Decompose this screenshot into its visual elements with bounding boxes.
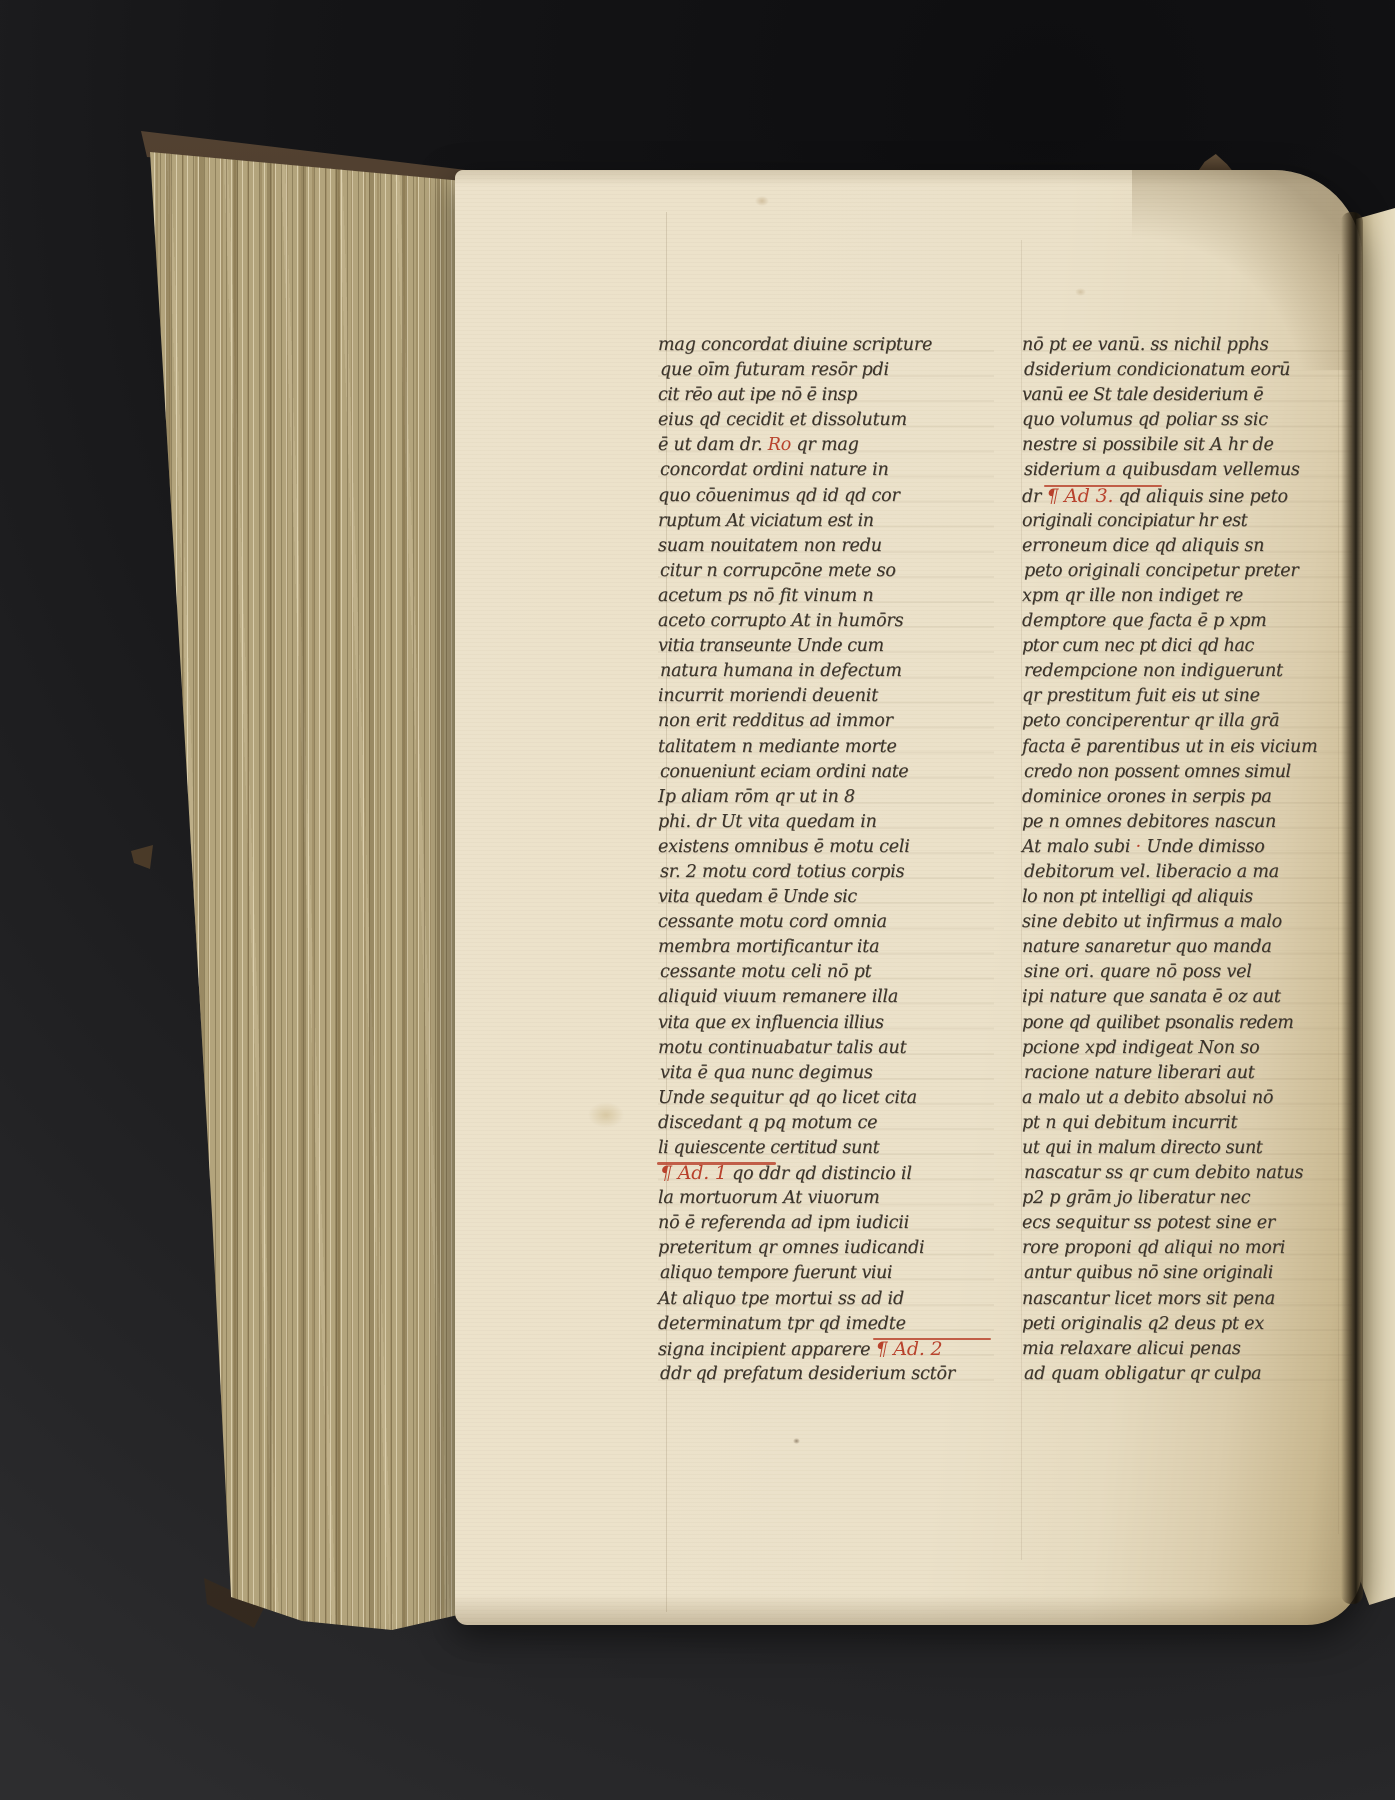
text-segment: vitia transeunte Unde cum	[658, 636, 884, 656]
text-segment: conueniunt eciam ordini nate	[660, 762, 908, 782]
text-segment: talitatem n mediante morte	[658, 737, 897, 757]
text-segment: nō pt ee vanū. ss nichil pphs	[1022, 335, 1269, 355]
manuscript-line: eius qd cecidit et dissolutum	[658, 408, 994, 433]
manuscript-line: ipi nature que sanata ē oz aut	[1022, 985, 1352, 1010]
text-segment: peto conciperentur qr illa grā	[1022, 711, 1279, 731]
text-column-right: nō pt ee vanū. ss nichil pphsdsiderium c…	[1022, 333, 1352, 1387]
text-segment: redempcione non indiguerunt	[1024, 661, 1283, 681]
manuscript-line: ¶ Ad. 1 qo ddr qd distincio il	[658, 1161, 994, 1186]
manuscript-line: mag concordat diuine scripture	[658, 333, 994, 358]
manuscript-line: li quiescente certitud sunt	[658, 1136, 994, 1161]
text-segment: motu continuabatur talis aut	[658, 1038, 906, 1058]
text-segment: determinatum tpr qd imedte	[658, 1314, 906, 1334]
manuscript-line: erroneum dice qd aliquis sn	[1022, 534, 1352, 559]
manuscript-line: discedant q pq motum ce	[658, 1111, 994, 1136]
manuscript-line: siderium a quibusdam vellemus	[1022, 458, 1352, 483]
text-segment: facta ē parentibus ut in eis vicium	[1022, 737, 1317, 757]
manuscript-line: peto originali concipetur preter	[1022, 559, 1352, 584]
manuscript-line: nascantur licet mors sit pena	[1022, 1287, 1352, 1312]
manuscript-line: talitatem n mediante morte	[658, 735, 994, 760]
text-column-left: mag concordat diuine scriptureque oīm fu…	[658, 333, 994, 1387]
text-segment: erroneum dice qd aliquis sn	[1022, 536, 1264, 556]
text-segment: qo ddr qd distincio il	[727, 1164, 912, 1184]
text-segment: demptore que facta ē p xpm	[1022, 611, 1267, 631]
manuscript-line: cit rēo aut ipe nō ē insp	[658, 383, 994, 408]
text-segment: ecs sequitur ss potest sine er	[1022, 1213, 1275, 1233]
manuscript-line: redempcione non indiguerunt	[1022, 659, 1352, 684]
text-segment: concordat ordini nature in	[660, 460, 889, 480]
text-segment: natura humana in defectum	[660, 661, 902, 681]
text-segment: suam nouitatem non redu	[658, 536, 882, 556]
manuscript-line: existens omnibus ē motu celi	[658, 835, 994, 860]
manuscript-line: xpm qr ille non indiget re	[1022, 584, 1352, 609]
manuscript-line: At aliquo tpe mortui ss ad id	[658, 1287, 994, 1312]
text-segment: quo cōuenimus qd id qd cor	[658, 486, 900, 506]
text-segment: At malo subi	[1022, 837, 1136, 857]
manuscript-line: pcione xpd indigeat Non so	[1022, 1036, 1352, 1061]
manuscript-line: aceto corrupto At in humōrs	[658, 609, 994, 634]
text-segment: signa incipient apparere	[658, 1340, 876, 1360]
text-segment: dominice orones in serpis pa	[1022, 787, 1272, 807]
manuscript-line: nature sanaretur quo manda	[1022, 935, 1352, 960]
manuscript-line: racione nature liberari aut	[1022, 1061, 1352, 1086]
page-stain	[755, 196, 769, 206]
text-segment: a malo ut a debito absolui nō	[1022, 1088, 1273, 1108]
manuscript-line: p2 p grām jo liberatur nec	[1022, 1186, 1352, 1211]
manuscript-line: incurrit moriendi deuenit	[658, 684, 994, 709]
manuscript-line: quo volumus qd poliar ss sic	[1022, 408, 1352, 433]
text-segment: siderium a quibusdam vellemus	[1024, 460, 1300, 480]
manuscript-line: lo non pt intelligi qd aliquis	[1022, 885, 1352, 910]
text-segment: racione nature liberari aut	[1024, 1063, 1255, 1083]
text-segment: rore proponi qd aliqui no mori	[1022, 1238, 1285, 1258]
manuscript-line: conueniunt eciam ordini nate	[658, 760, 994, 785]
text-segment: qr prestitum fuit eis ut sine	[1022, 686, 1260, 706]
manuscript-line: ad quam obligatur qr culpa	[1022, 1362, 1352, 1387]
manuscript-line: At malo subi · Unde dimisso	[1022, 835, 1352, 860]
manuscript-line: dr ¶ Ad 3. qd aliquis sine peto	[1022, 484, 1352, 509]
manuscript-line: sr. 2 motu cord totius corpis	[658, 860, 994, 885]
text-segment: pone qd quilibet psonalis redem	[1022, 1013, 1293, 1033]
manuscript-line: motu continuabatur talis aut	[658, 1036, 994, 1061]
text-segment: ipi nature que sanata ē oz aut	[1022, 987, 1281, 1007]
text-segment: peti originalis q2 deus pt ex	[1022, 1314, 1264, 1334]
manuscript-line: que oīm futuram resōr pdi	[658, 358, 994, 383]
manuscript-line: aliquo tempore fuerunt viui	[658, 1261, 994, 1286]
text-segment: pe n omnes debitores nascun	[1022, 812, 1276, 832]
text-segment: lo non pt intelligi qd aliquis	[1022, 887, 1253, 907]
manuscript-line: quo cōuenimus qd id qd cor	[658, 484, 994, 509]
manuscript-line: non erit redditus ad immor	[658, 709, 994, 734]
text-segment: mag concordat diuine scripture	[658, 335, 932, 355]
manuscript-line: Ip aliam rōm qr ut in 8	[658, 785, 994, 810]
text-segment: aliquid viuum remanere illa	[658, 987, 898, 1007]
text-segment: pt n qui debitum incurrit	[1022, 1113, 1237, 1133]
text-segment: credo non possent omnes simul	[1024, 762, 1291, 782]
manuscript-line: acetum ps nō fit vinum n	[658, 584, 994, 609]
manuscript-line: la mortuorum At viuorum	[658, 1186, 994, 1211]
text-segment: originali concipiatur hr est	[1022, 511, 1247, 531]
manuscript-line: rore proponi qd aliqui no mori	[1022, 1236, 1352, 1261]
manuscript-line: aliquid viuum remanere illa	[658, 985, 994, 1010]
manuscript-line: pe n omnes debitores nascun	[1022, 810, 1352, 835]
text-segment: nature sanaretur quo manda	[1022, 937, 1272, 957]
text-segment: citur n corrupcōne mete so	[660, 561, 896, 581]
text-segment: discedant q pq motum ce	[658, 1113, 877, 1133]
manuscript-line: ddr qd prefatum desiderium sctōr	[658, 1362, 994, 1387]
manuscript-line: facta ē parentibus ut in eis vicium	[1022, 735, 1352, 760]
manuscript-line: Unde sequitur qd qo licet cita	[658, 1086, 994, 1111]
rubric-mark: ¶ Ad 3.	[1047, 484, 1114, 509]
manuscript-line: sine debito ut infirmus a malo	[1022, 910, 1352, 935]
manuscript-line: mia relaxare alicui penas	[1022, 1337, 1352, 1362]
red-ink-mark: Ro	[768, 435, 791, 455]
manuscript-line: vita quedam ē Unde sic	[658, 885, 994, 910]
spine-gutter-shadow	[1341, 212, 1363, 1604]
text-segment: nō ē referenda ad ipm iudicii	[658, 1213, 909, 1233]
text-segment: vanū ee St tale desiderium ē	[1022, 385, 1263, 405]
manuscript-line: credo non possent omnes simul	[1022, 760, 1352, 785]
manuscript-line: ut qui in malum directo sunt	[1022, 1136, 1352, 1161]
manuscript-line: peti originalis q2 deus pt ex	[1022, 1312, 1352, 1337]
page-stain	[1075, 288, 1086, 296]
text-segment: Unde sequitur qd qo licet cita	[658, 1088, 917, 1108]
manuscript-line: nō ē referenda ad ipm iudicii	[658, 1211, 994, 1236]
manuscript-line: ē ut dam dr. Ro qr mag	[658, 433, 994, 458]
text-segment: quo volumus qd poliar ss sic	[1022, 410, 1268, 430]
text-segment: aceto corrupto At in humōrs	[658, 611, 903, 631]
manuscript-line: dominice orones in serpis pa	[1022, 785, 1352, 810]
text-segment: ruptum At viciatum est in	[658, 511, 874, 531]
manuscript-line: a malo ut a debito absolui nō	[1022, 1086, 1352, 1111]
text-segment: ut qui in malum directo sunt	[1022, 1138, 1262, 1158]
manuscript-line: concordat ordini nature in	[658, 458, 994, 483]
manuscript-line: suam nouitatem non redu	[658, 534, 994, 559]
manuscript-line: determinatum tpr qd imedte	[658, 1312, 994, 1337]
manuscript-line: cessante motu celi nō pt	[658, 960, 994, 985]
text-segment: vita ē qua nunc degimus	[660, 1063, 873, 1083]
text-segment: qr mag	[791, 435, 859, 455]
text-segment: nascatur ss qr cum debito natus	[1024, 1163, 1303, 1183]
text-segment: aliquo tempore fuerunt viui	[660, 1263, 892, 1283]
text-segment: At aliquo tpe mortui ss ad id	[658, 1289, 904, 1309]
text-segment: ad quam obligatur qr culpa	[1024, 1364, 1261, 1384]
text-segment: ē ut dam dr.	[658, 435, 768, 455]
text-segment: dr	[1022, 487, 1047, 507]
text-segment: cit rēo aut ipe nō ē insp	[658, 385, 857, 405]
manuscript-line: membra mortificantur ita	[658, 935, 994, 960]
manuscript-line: qr prestitum fuit eis ut sine	[1022, 684, 1352, 709]
manuscript-line: vita ē qua nunc degimus	[658, 1061, 994, 1086]
manuscript-photograph: mag concordat diuine scriptureque oīm fu…	[0, 0, 1395, 1800]
text-segment: qd aliquis sine peto	[1113, 487, 1287, 507]
text-segment: vita que ex influencia illius	[658, 1013, 884, 1033]
text-segment: nascantur licet mors sit pena	[1022, 1289, 1275, 1309]
manuscript-line: phi. dr Ut vita quedam in	[658, 810, 994, 835]
text-segment: Unde dimisso	[1141, 837, 1265, 857]
manuscript-line: cessante motu cord omnia	[658, 910, 994, 935]
manuscript-line: citur n corrupcōne mete so	[658, 559, 994, 584]
manuscript-line: originali concipiatur hr est	[1022, 509, 1352, 534]
text-segment: sine ori. quare nō poss vel	[1024, 962, 1252, 982]
text-segment: cessante motu cord omnia	[658, 912, 887, 932]
text-segment: debitorum vel. liberacio a ma	[1024, 862, 1279, 882]
text-segment: non erit redditus ad immor	[658, 711, 893, 731]
text-segment: xpm qr ille non indiget re	[1022, 586, 1243, 606]
text-segment: ptor cum nec pt dici qd hac	[1022, 636, 1254, 656]
text-segment: ddr qd prefatum desiderium sctōr	[660, 1364, 955, 1384]
text-segment: que oīm futuram resōr pdi	[660, 360, 889, 380]
manuscript-line: vanū ee St tale desiderium ē	[1022, 383, 1352, 408]
rubric-mark: ¶ Ad. 2	[876, 1337, 943, 1362]
manuscript-line: demptore que facta ē p xpm	[1022, 609, 1352, 634]
text-segment: la mortuorum At viuorum	[658, 1188, 880, 1208]
text-segment: Ip aliam rōm qr ut in 8	[658, 787, 855, 807]
text-segment: peto originali concipetur preter	[1024, 561, 1299, 581]
manuscript-line: nascatur ss qr cum debito natus	[1022, 1161, 1352, 1186]
text-segment: vita quedam ē Unde sic	[658, 887, 857, 907]
text-segment: cessante motu celi nō pt	[660, 962, 872, 982]
text-segment: incurrit moriendi deuenit	[658, 686, 878, 706]
page-stain	[588, 1102, 624, 1128]
manuscript-page: mag concordat diuine scriptureque oīm fu…	[455, 170, 1362, 1625]
rubric-mark: ¶ Ad. 1	[660, 1161, 727, 1186]
text-segment: pcione xpd indigeat Non so	[1022, 1038, 1259, 1058]
manuscript-line: peto conciperentur qr illa grā	[1022, 709, 1352, 734]
text-segment: preteritum qr omnes iudicandi	[658, 1238, 924, 1258]
manuscript-line: natura humana in defectum	[658, 659, 994, 684]
manuscript-line: vita que ex influencia illius	[658, 1011, 994, 1036]
manuscript-line: preteritum qr omnes iudicandi	[658, 1236, 994, 1261]
manuscript-line: debitorum vel. liberacio a ma	[1022, 860, 1352, 885]
manuscript-line: vitia transeunte Unde cum	[658, 634, 994, 659]
manuscript-line: pone qd quilibet psonalis redem	[1022, 1011, 1352, 1036]
manuscript-line: nestre si possibile sit A hr de	[1022, 433, 1352, 458]
page-stain	[793, 1438, 800, 1444]
manuscript-line: ruptum At viciatum est in	[658, 509, 994, 534]
text-segment: eius qd cecidit et dissolutum	[658, 410, 907, 430]
text-segment: mia relaxare alicui penas	[1022, 1339, 1241, 1359]
manuscript-line: pt n qui debitum incurrit	[1022, 1111, 1352, 1136]
text-segment: sine debito ut infirmus a malo	[1022, 912, 1282, 932]
manuscript-line: ecs sequitur ss potest sine er	[1022, 1211, 1352, 1236]
text-segment: antur quibus nō sine originali	[1024, 1263, 1273, 1283]
manuscript-line: nō pt ee vanū. ss nichil pphs	[1022, 333, 1352, 358]
text-segment: dsiderium condicionatum eorū	[1024, 360, 1290, 380]
text-segment: nestre si possibile sit A hr de	[1022, 435, 1274, 455]
text-segment: phi. dr Ut vita quedam in	[658, 812, 877, 832]
manuscript-line: dsiderium condicionatum eorū	[1022, 358, 1352, 383]
text-segment: existens omnibus ē motu celi	[658, 837, 910, 857]
text-segment: p2 p grām jo liberatur nec	[1022, 1188, 1250, 1208]
manuscript-line: signa incipient apparere ¶ Ad. 2	[658, 1337, 994, 1362]
manuscript-line: ptor cum nec pt dici qd hac	[1022, 634, 1352, 659]
manuscript-line: antur quibus nō sine originali	[1022, 1261, 1352, 1286]
text-segment: sr. 2 motu cord totius corpis	[660, 862, 904, 882]
text-segment: acetum ps nō fit vinum n	[658, 586, 874, 606]
text-segment: membra mortificantur ita	[658, 937, 879, 957]
manuscript-line: sine ori. quare nō poss vel	[1022, 960, 1352, 985]
text-segment: li quiescente certitud sunt	[658, 1138, 879, 1158]
